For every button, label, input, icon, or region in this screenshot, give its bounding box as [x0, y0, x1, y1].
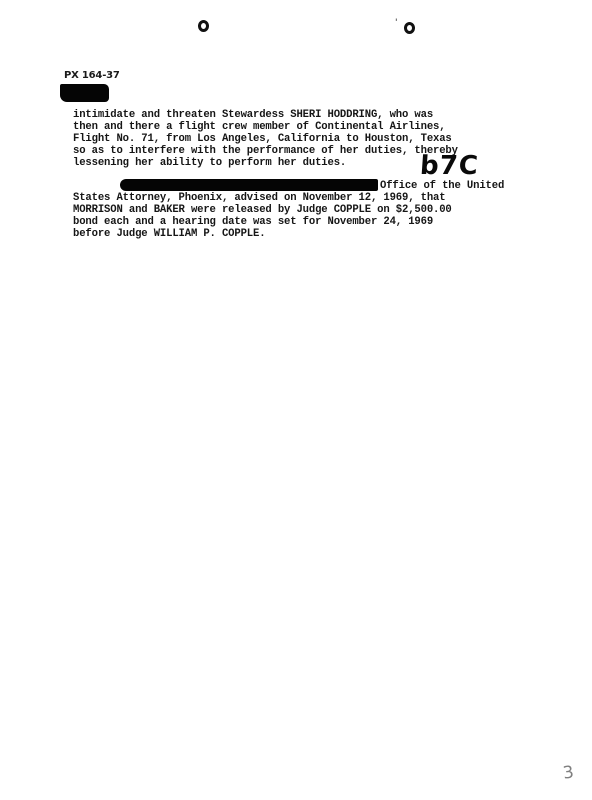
page-number: 3 — [562, 762, 576, 783]
file-number: PX 164-37 — [64, 70, 120, 81]
punch-hole-left — [198, 20, 209, 32]
text-line: MORRISON and BAKER were released by Judg… — [73, 204, 452, 216]
text-line: States Attorney, Phoenix, advised on Nov… — [73, 192, 445, 204]
text-line: Flight No. 71, from Los Angeles, Califor… — [73, 133, 452, 145]
text-line: then and there a flight crew member of C… — [73, 121, 445, 133]
redaction-block-header — [60, 84, 109, 102]
text-line: intimidate and threaten Stewardess SHERI… — [73, 109, 433, 121]
foia-exemption-stamp: b7C — [419, 152, 480, 180]
text-line-lead-in: Office of the United — [380, 180, 504, 192]
punch-hole-right — [404, 22, 415, 34]
text-line: bond each and a hearing date was set for… — [73, 216, 433, 228]
text-line: lessening her ability to perform her dut… — [73, 157, 346, 169]
text-line: so as to interfere with the performance … — [73, 145, 458, 157]
redaction-block-name — [120, 179, 378, 191]
hole-annotation-mark: ' — [395, 18, 397, 28]
text-line: before Judge WILLIAM P. COPPLE. — [73, 228, 265, 240]
